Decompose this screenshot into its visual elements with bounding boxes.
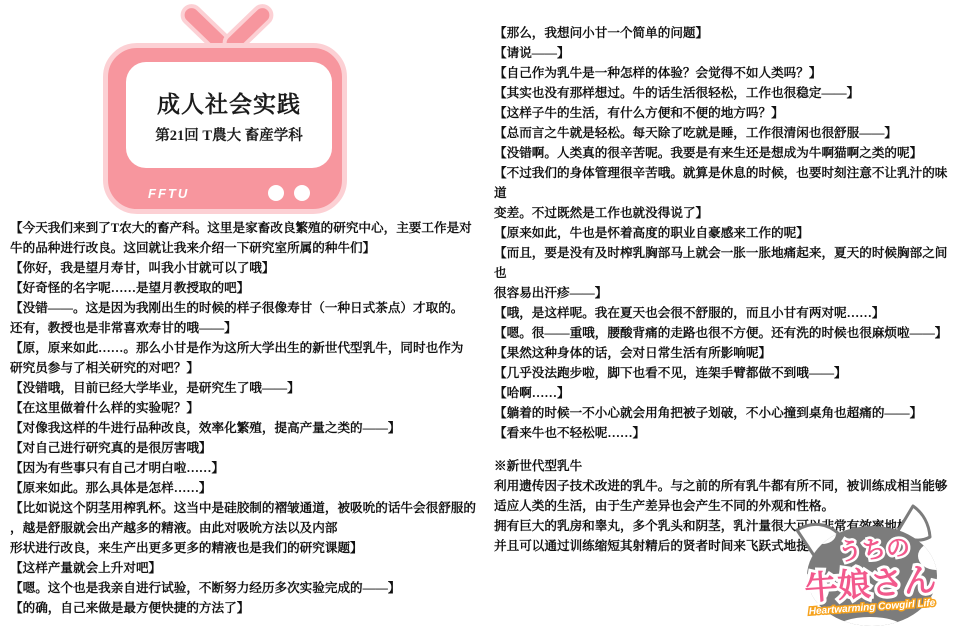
paragraph: 【你好，我是望月寿甘，叫我小甘就可以了哦】: [10, 258, 484, 278]
paragraph: 【比如说这个阴茎用榨乳杯。这当中是硅胶制的褶皱通道，被吸吮的话牛会很舒服的 ，越…: [10, 498, 484, 558]
paragraph: 【原，原来如此……。那么小甘是作为这所大学出生的新世代型乳牛，同时也作为 研究员…: [10, 338, 484, 378]
paragraph: 【哦，是这样呢。我在夏天也会很不舒服的，而且小甘有两对呢……】: [494, 303, 956, 323]
paragraph: 【原来如此。那么具体是怎样……】: [10, 478, 484, 498]
right-dialogue-list: 【那么，我想问小甘一个简单的问题】【请说——】【自己作为乳牛是一种怎样的体验？会…: [494, 23, 956, 443]
paragraph: 【这样子牛的生活，有什么方便和不便的地方吗？】: [494, 103, 956, 123]
paragraph: 【嗯。很——重哦，腰酸背痛的走路也很不方便。还有洗的时候也很麻烦啦——】: [494, 323, 956, 343]
paragraph: 【的确，自己来做是最方便快捷的方法了】: [10, 598, 484, 618]
footnote-title: ※新世代型乳牛: [494, 456, 956, 476]
paragraph: 【其实也没有那样想过。牛的话生活很轻松，工作也很稳定——】: [494, 83, 956, 103]
paragraph: 【在这里做着什么样的实验呢？】: [10, 398, 484, 418]
paragraph: 【没错啊。人类真的很辛苦呢。我要是有来生还是想成为牛啊猫啊之类的呢】: [494, 143, 956, 163]
page: 成人社会实践 第21回 T農大 畜産学科 FFTU 【今天我们来到了T农大的畜产…: [0, 0, 960, 640]
paragraph: 【看来牛也不轻松呢……】: [494, 423, 956, 443]
tv-show-title: 成人社会实践: [157, 86, 301, 119]
tv-knob-icon: [268, 185, 284, 201]
paragraph: 【对自己进行研究真的是很厉害哦】: [10, 438, 484, 458]
paragraph: 【不过我们的身体管理很辛苦哦。就算是休息的时候，也要时刻注意不让乳汁的味道 变差…: [494, 163, 956, 223]
right-dialogue-column: 【那么，我想问小甘一个简单的问题】【请说——】【自己作为乳牛是一种怎样的体验？会…: [494, 23, 956, 556]
paragraph: 【这样产量就会上升对吧】: [10, 558, 484, 578]
paragraph: 【对像我这样的牛进行品种改良，效率化繁殖，提高产量之类的——】: [10, 418, 484, 438]
cowgirl-logo: うちの 牛娘さん Heartwarming Cowgirl Life: [792, 498, 960, 640]
paragraph: 【自己作为乳牛是一种怎样的体验？会觉得不如人类吗？】: [494, 63, 956, 83]
paragraph: 【好奇怪的名字呢……是望月教授取的吧】: [10, 278, 484, 298]
paragraph: 【今天我们来到了T农大的畜产科。这里是家畜改良繁殖的研究中心，主要工作是对 牛的…: [10, 218, 484, 258]
paragraph: 【哈啊……】: [494, 383, 956, 403]
tv-episode-subtitle: 第21回 T農大 畜産学科: [155, 124, 302, 145]
paragraph: 【躺着的时候一不小心就会用角把被子划破，不小心撞到桌角也超痛的——】: [494, 403, 956, 423]
tv-body: 成人社会实践 第21回 T農大 畜産学科 FFTU: [103, 43, 347, 214]
left-dialogue-column: 【今天我们来到了T农大的畜产科。这里是家畜改良繁殖的研究中心，主要工作是对 牛的…: [10, 218, 484, 618]
logo-line1: うちの: [837, 534, 911, 566]
paragraph: 【嗯。这个也是我亲自进行试验，不断努力经历多次实验完成的——】: [10, 578, 484, 598]
paragraph: 【没错——。这是因为我刚出生的时候的样子很像寿甘（一种日式茶点）才取的。 还有，…: [10, 298, 484, 338]
paragraph: 【总而言之牛就是轻松。每天除了吃就是睡，工作很清闲也很舒服——】: [494, 123, 956, 143]
tv-screen: 成人社会实践 第21回 T農大 畜産学科: [126, 62, 332, 168]
paragraph: 【那么，我想问小甘一个简单的问题】: [494, 23, 956, 43]
paragraph: 【请说——】: [494, 43, 956, 63]
tv-station-label: FFTU: [148, 186, 189, 201]
paragraph: 【果然这种身体的话，会对日常生活有所影响呢】: [494, 343, 956, 363]
paragraph: 【没错哦，目前已经大学毕业，是研究生了哦——】: [10, 378, 484, 398]
paragraph: 【原来如此，牛也是怀着高度的职业自豪感来工作的呢】: [494, 223, 956, 243]
paragraph: 【因为有些事只有自己才明白啦……】: [10, 458, 484, 478]
paragraph: 【而且，要是没有及时榨乳胸部马上就会一胀一胀地痛起来，夏天的时候胸部之间也 很容…: [494, 243, 956, 303]
tv-icon: 成人社会实践 第21回 T農大 畜産学科 FFTU: [103, 2, 351, 216]
paragraph: 【几乎没法跑步啦，脚下也看不见，连架手臂都做不到哦——】: [494, 363, 956, 383]
tv-knob-icon: [294, 185, 310, 201]
